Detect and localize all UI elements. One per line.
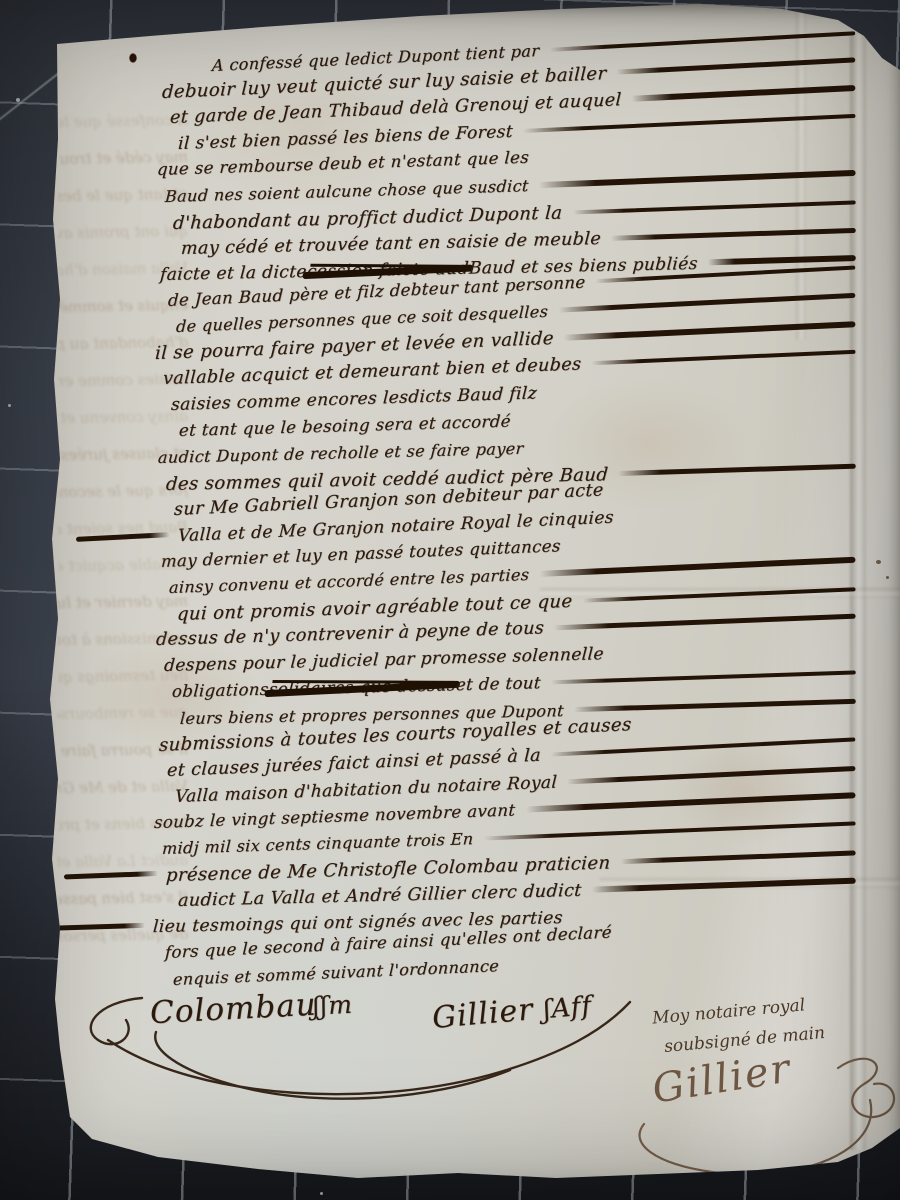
bleedthrough-line: saisies comme encore	[58, 370, 188, 390]
manuscript-text: midj mil six cents cinquante trois En	[161, 829, 474, 858]
manuscript-text: saisies comme encores lesdicts Baud filz	[170, 384, 537, 416]
signature-gillier-witness: GillierʃAff	[431, 987, 594, 1036]
bleedthrough-line: Valla et de Me Granj	[58, 777, 188, 797]
ink-filler-dash	[549, 31, 855, 52]
ink-filler-dash	[525, 792, 855, 812]
bleedthrough-line: d'habondant au proff	[58, 333, 188, 353]
bleedthrough-line: et clauses jurées fa	[58, 444, 188, 464]
bleedthrough-line: il s'est bien passé	[58, 888, 188, 908]
ink-filler-dash	[572, 200, 855, 214]
manuscript-page: Colombauʃʃm GillierʃAff Moy notaire roya…	[0, 0, 900, 1200]
bleedthrough-line: Valla maison d'habit	[58, 259, 188, 279]
bleedthrough-line: et tant que le besoi	[58, 185, 188, 205]
ink-filler-dash	[611, 227, 856, 240]
notary-note-line: Moy notaire royal	[651, 995, 806, 1028]
manuscript-text: Baud nes soient aulcune chose que susdic…	[164, 176, 529, 206]
ink-filler-dash	[592, 878, 856, 893]
manuscript-text: audict Dupont de recholle et se faire pa…	[157, 438, 524, 466]
ink-filler-dash	[582, 587, 855, 602]
manuscript-text: despens pour le judiciel par promesse so…	[163, 644, 604, 676]
ink-filler-dash	[558, 293, 855, 313]
bleedthrough-line: audict La Valla et A	[58, 851, 188, 871]
bleedthrough-line: de quelles personnes	[58, 925, 188, 945]
dust-speck	[320, 1192, 323, 1195]
bleedthrough-line: fors que le second à	[58, 481, 188, 501]
ink-filler-dash	[523, 114, 856, 133]
ink-filler-dash	[554, 613, 856, 630]
manuscript-text: ainsy convenu et accordé entre les parti…	[169, 565, 530, 597]
dust-speck	[8, 404, 11, 407]
bleedthrough-line: ainsy convenu et acc	[58, 407, 188, 427]
signature-paraph: ʃAff	[542, 991, 593, 1025]
bleedthrough-line: enquis et sommé suiv	[58, 296, 188, 316]
ink-filler-dash	[591, 350, 855, 365]
signature-paraph: ʃʃm	[312, 990, 354, 1021]
ink-filler-dash	[539, 169, 856, 187]
ink-filler-dash	[483, 821, 855, 840]
bleedthrough-line: vallable acquict et	[58, 555, 188, 575]
signature-text: Colombau	[149, 987, 317, 1032]
bleedthrough-line: Baud nes soient aulc	[58, 518, 188, 538]
ink-speck	[876, 560, 881, 564]
ink-filler-dash	[551, 737, 856, 756]
ink-filler-dash	[616, 58, 855, 75]
dust-speck	[16, 98, 20, 102]
ink-filler-dash	[567, 765, 855, 783]
bleedthrough-line: may cédé et trouvée	[58, 148, 188, 168]
manuscript-text: audict La Valla et André Gillier clerc d…	[177, 881, 582, 911]
ink-filler-dash	[64, 871, 158, 879]
bleedthrough-line: il se pourra faire p	[58, 740, 188, 760]
photo-of-manuscript: Colombauʃʃm GillierʃAff Moy notaire roya…	[0, 0, 900, 1200]
struck-out-text: solidaires que dessus	[268, 676, 456, 699]
manuscript-text: enquis et sommé suivant l'ordonnance	[173, 956, 500, 989]
bleedthrough-line: qui ont promis avoir	[58, 222, 188, 242]
bleedthrough-line: may dernier et luy e	[58, 592, 188, 612]
bleedthrough-line: submissions à toutes	[58, 629, 188, 649]
bleedthrough-line: que se rembourse deu	[58, 703, 188, 723]
manuscript-text: et de tout	[455, 674, 541, 695]
ink-blot	[129, 53, 137, 63]
signature-colombau: Colombauʃʃm	[149, 985, 354, 1032]
ink-filler-dash	[539, 556, 855, 576]
bleedthrough-line: A confessé que ledic	[58, 111, 188, 131]
ink-filler-dash	[551, 670, 856, 684]
ink-filler-dash	[564, 321, 856, 341]
signature-text: Gillier	[431, 992, 535, 1036]
bleedthrough-line: lieu tesmoings qui o	[58, 666, 188, 686]
manuscript-text: may cédé et trouvée tant en saisie de me…	[180, 229, 601, 259]
manuscript-text: d'habondant au proffict dudict Dupont la	[172, 202, 563, 234]
ink-speck	[886, 576, 889, 579]
manuscript-text: et tant que le besoing sera et accordé	[178, 412, 511, 440]
bleedthrough-line: leurs biens et propr	[58, 814, 188, 834]
ink-filler-dash	[620, 851, 855, 865]
ink-filler-dash	[631, 85, 855, 102]
